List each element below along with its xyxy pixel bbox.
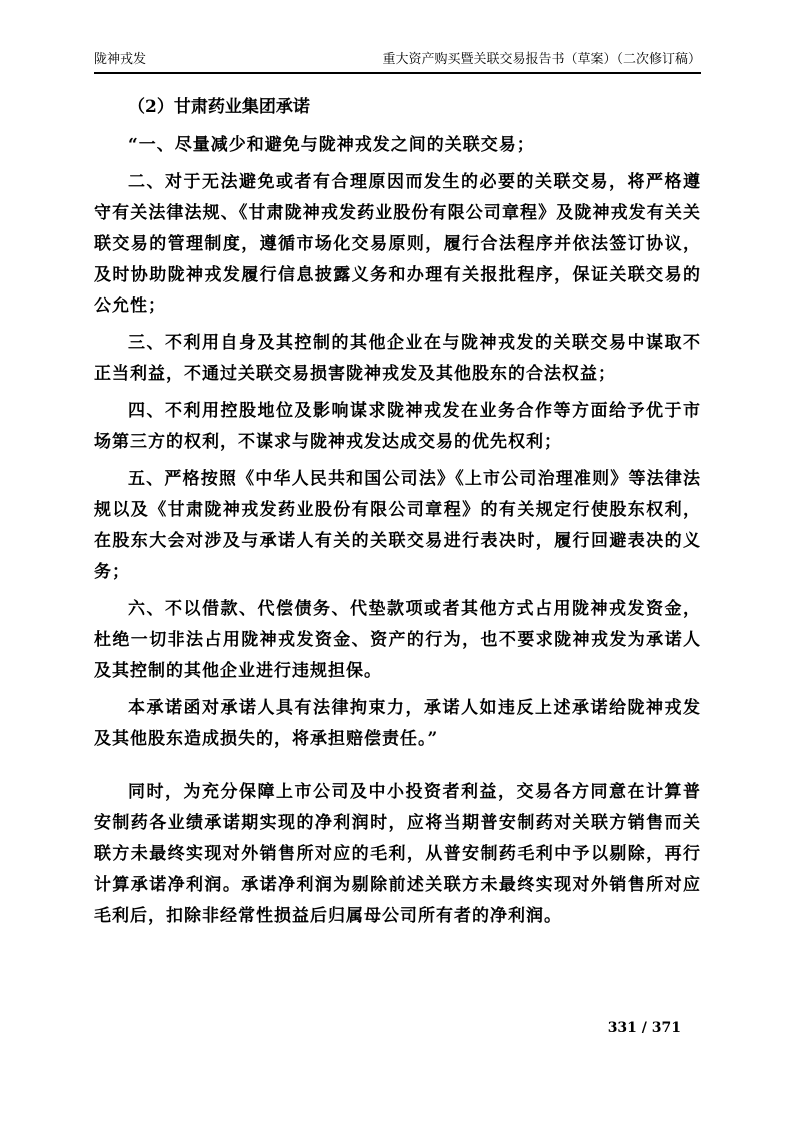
body-paragraph: 五、严格按照《中华人民共和国公司法》《上市公司治理准则》等法律法规以及《甘肃陇神… [94,464,701,588]
body-paragraph: 本承诺函对承诺人具有法律拘束力，承诺人如违反上述承诺给陇神戎发及其他股东造成损失… [94,693,701,755]
header-left-runner: 陇神戎发 [94,52,146,68]
body-paragraph: 三、不利用自身及其控制的其他企业在与陇神戎发的关联交易中谋取不正当利益，不通过关… [94,328,701,390]
page-number: 331 / 371 [608,1020,681,1036]
body-paragraph: “一、尽量减少和避免与陇神戎发之间的关联交易； [94,130,701,161]
body-paragraph: 同时，为充分保障上市公司及中小投资者利益，交易各方同意在计算普安制药各业绩承诺期… [94,777,701,932]
page-header: 陇神戎发 重大资产购买暨关联交易报告书（草案）（二次修订稿） [94,52,701,74]
body-paragraph: 六、不以借款、代偿债务、代垫款项或者其他方式占用陇神戎发资金，杜绝一切非法占用陇… [94,594,701,687]
body-paragraph: 四、不利用控股地位及影响谋求陇神戎发在业务合作等方面给予优于市场第三方的权利，不… [94,396,701,458]
header-right-runner: 重大资产购买暨关联交易报告书（草案）（二次修订稿） [382,52,701,68]
document-body: （2）甘肃药业集团承诺 “一、尽量减少和避免与陇神戎发之间的关联交易； 二、对于… [94,92,701,938]
page-footer: 331 / 371 [608,1020,681,1036]
document-page: 陇神戎发 重大资产购买暨关联交易报告书（草案）（二次修订稿） （2）甘肃药业集团… [0,0,793,1122]
section-heading: （2）甘肃药业集团承诺 [94,92,701,123]
body-paragraph: 二、对于无法避免或者有合理原因而发生的必要的关联交易，将严格遵守有关法律法规、《… [94,167,701,322]
